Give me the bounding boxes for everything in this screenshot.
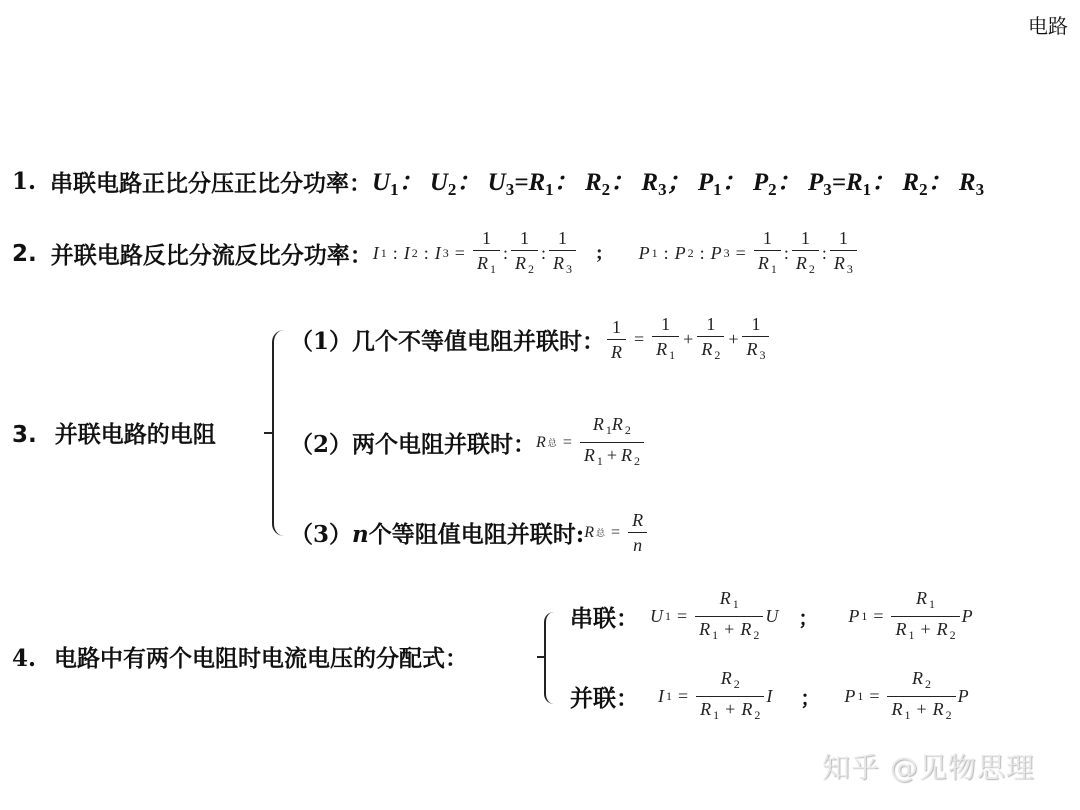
item-4-heading: 4. 电路中有两个电阻时电流电压的分配式： bbox=[12, 640, 468, 673]
item-number: 3. bbox=[12, 422, 37, 448]
item-number: 1. bbox=[12, 168, 36, 195]
current-ratio-formula: I1: I2: I3= 1R1: 1R2: 1R3 ; bbox=[373, 226, 639, 281]
case-label: （1）几个不等值电阻并联时： bbox=[290, 323, 605, 356]
power-ratio-formula: P1: P2: P3= 1R1: 1R2: 1R3 bbox=[639, 226, 859, 281]
series-ratio-formula: U1： U2： U3=R1： R2： R3； P1： P2： P3=R1： R2… bbox=[372, 162, 984, 200]
item-number: 4. bbox=[12, 645, 36, 672]
parallel-current-formula: I1 = R2R1+R2 I bbox=[658, 666, 772, 727]
series-voltage-formula: U1 = R1R1+R2 U bbox=[650, 586, 778, 647]
watermark: 知乎 @见物思理 bbox=[822, 746, 1035, 786]
item-4-series: 串联： U1 = R1R1+R2 U ； P1 = R1R1+R2 P bbox=[570, 586, 973, 647]
parallel-power-formula: P1 = R2R1+R2 P bbox=[844, 666, 968, 727]
item-title: 并联电路的电阻 bbox=[55, 422, 216, 448]
item-4-parallel: 并联： I1 = R2R1+R2 I ； P1 = R2R1+R2 P bbox=[570, 666, 969, 727]
item-1: 1. 串联电路正比分压正比分功率： U1： U2： U3=R1： R2： R3；… bbox=[12, 162, 984, 200]
item-title: 串联电路正比分压正比分功率： bbox=[50, 165, 372, 198]
item-3-case-3: （3）n个等阻值电阻并联时: R总 = Rn bbox=[290, 508, 649, 557]
item-3-case-2: （2）两个电阻并联时： R总 = R1R2 R1+R2 bbox=[290, 412, 646, 473]
two-resistor-formula: R总 = R1R2 R1+R2 bbox=[536, 412, 646, 473]
item-3-heading: 3. 并联电路的电阻 bbox=[12, 416, 216, 449]
parallel-resistance-formula: 1R = 1R1 + 1R2 + 1R3 bbox=[605, 312, 771, 367]
case-label: （3）n个等阻值电阻并联时: bbox=[290, 516, 584, 549]
item-3-case-1: （1）几个不等值电阻并联时： 1R = 1R1 + 1R2 + 1R3 bbox=[290, 312, 771, 367]
equal-resistor-formula: R总 = Rn bbox=[584, 508, 649, 557]
item-title: 并联电路反比分流反比分功率： bbox=[51, 237, 373, 270]
parallel-label: 并联： bbox=[570, 680, 658, 713]
series-power-formula: P1 = R1R1+R2 P bbox=[848, 586, 972, 647]
item-2: 2. 并联电路反比分流反比分功率： I1: I2: I3= 1R1: 1R2: … bbox=[12, 226, 859, 281]
item-title: 电路中有两个电阻时电流电压的分配式： bbox=[54, 646, 468, 672]
corner-label: 电路 bbox=[1028, 10, 1068, 39]
series-label: 串联： bbox=[570, 600, 650, 633]
case-label: （2）两个电阻并联时： bbox=[290, 426, 536, 459]
item-number: 2. bbox=[12, 241, 37, 267]
